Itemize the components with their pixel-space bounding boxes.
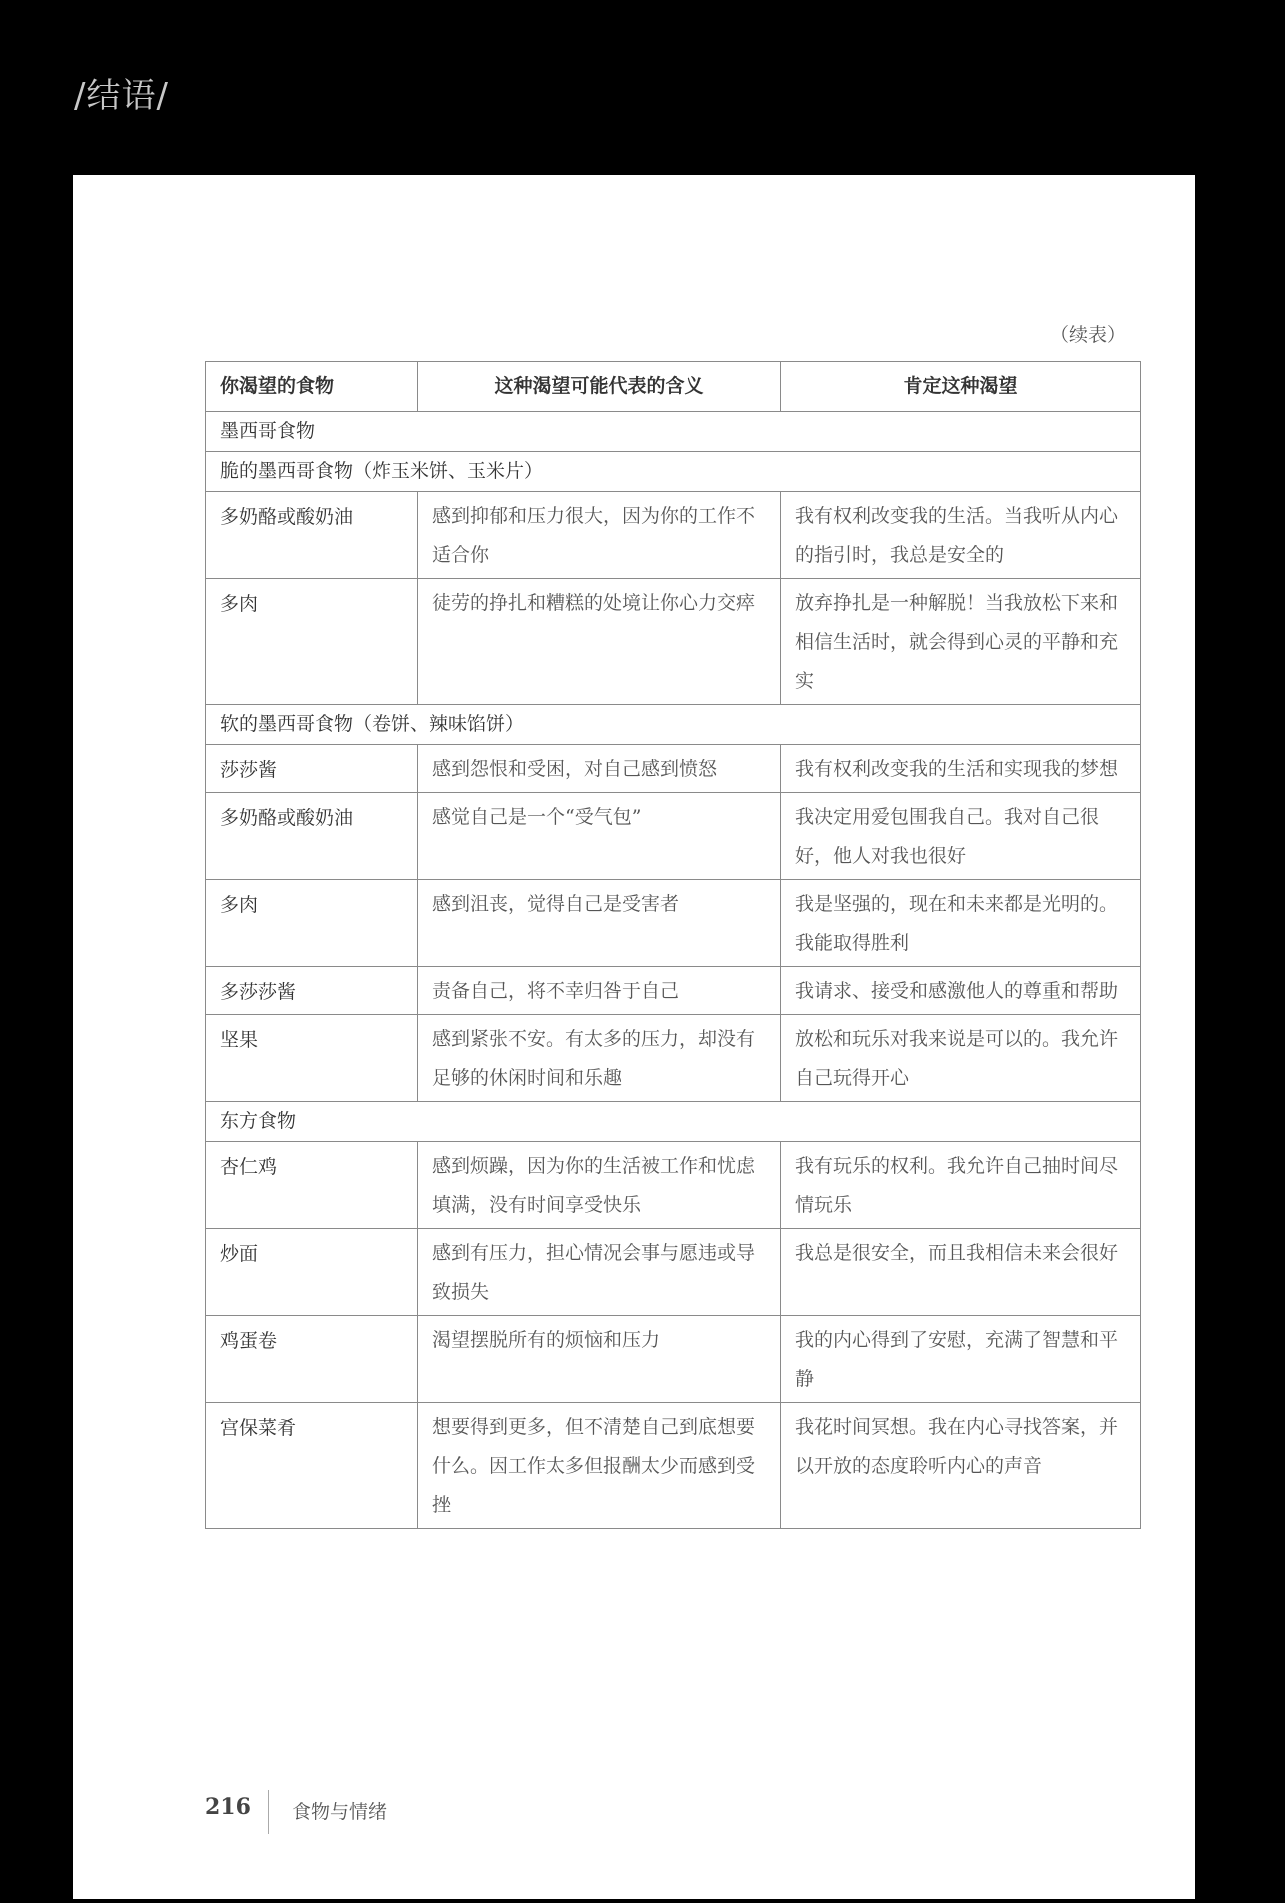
page-number: 216 [205,1794,251,1820]
table-row: 多奶酪或酸奶油 感觉自己是一个“受气包” 我决定用爱包围我自己。我对自己很好，他… [206,793,1141,880]
meaning-cell: 感到怨恨和受困，对自己感到愤怒 [418,745,781,793]
affirmation-cell: 放松和玩乐对我来说是可以的。我允许自己玩得开心 [781,1015,1141,1102]
food-cell: 炒面 [206,1229,418,1316]
affirmation-cell: 我有权利改变我的生活和实现我的梦想 [781,745,1141,793]
table-header-row: 你渴望的食物 这种渴望可能代表的含义 肯定这种渴望 [206,362,1141,412]
section-label: 墨西哥食物 [206,412,1141,452]
meaning-cell: 责备自己，将不幸归咎于自己 [418,967,781,1015]
meaning-cell: 感觉自己是一个“受气包” [418,793,781,880]
footer-divider [268,1790,269,1834]
table-row: 多肉 徒劳的挣扎和糟糕的处境让你心力交瘁 放弃挣扎是一种解脱！当我放松下来和相信… [206,579,1141,705]
table-row: 多莎莎酱 责备自己，将不幸归咎于自己 我请求、接受和感激他人的尊重和帮助 [206,967,1141,1015]
affirmation-cell: 我有玩乐的权利。我允许自己抽时间尽情玩乐 [781,1142,1141,1229]
affirmation-cell: 我总是很安全，而且我相信未来会很好 [781,1229,1141,1316]
food-craving-table: 你渴望的食物 这种渴望可能代表的含义 肯定这种渴望 墨西哥食物 脆的墨西哥食物（… [205,361,1141,1529]
affirmation-cell: 我的内心得到了安慰，充满了智慧和平静 [781,1316,1141,1403]
affirmation-cell: 放弃挣扎是一种解脱！当我放松下来和相信生活时，就会得到心灵的平静和充实 [781,579,1141,705]
section-row: 墨西哥食物 [206,412,1141,452]
table-row: 杏仁鸡 感到烦躁，因为你的生活被工作和忧虑填满，没有时间享受快乐 我有玩乐的权利… [206,1142,1141,1229]
food-cell: 宫保菜肴 [206,1403,418,1529]
food-cell: 杏仁鸡 [206,1142,418,1229]
affirmation-cell: 我是坚强的，现在和未来都是光明的。我能取得胜利 [781,880,1141,967]
food-cell: 鸡蛋卷 [206,1316,418,1403]
meaning-cell: 想要得到更多，但不清楚自己到底想要什么。因工作太多但报酬太少而感到受挫 [418,1403,781,1529]
table-row: 多奶酪或酸奶油 感到抑郁和压力很大，因为你的工作不适合你 我有权利改变我的生活。… [206,492,1141,579]
header-meaning: 这种渴望可能代表的含义 [418,362,781,412]
continued-table-label: （续表） [1050,320,1126,347]
chapter-header: /结语/ [74,68,169,117]
food-cell: 多奶酪或酸奶油 [206,793,418,880]
meaning-cell: 感到紧张不安。有太多的压力，却没有足够的休闲时间和乐趣 [418,1015,781,1102]
subsection-label: 脆的墨西哥食物（炸玉米饼、玉米片） [206,452,1141,492]
food-cell: 坚果 [206,1015,418,1102]
subsection-label: 软的墨西哥食物（卷饼、辣味馅饼） [206,705,1141,745]
meaning-cell: 感到抑郁和压力很大，因为你的工作不适合你 [418,492,781,579]
food-cell: 多奶酪或酸奶油 [206,492,418,579]
affirmation-cell: 我花时间冥想。我在内心寻找答案，并以开放的态度聆听内心的声音 [781,1403,1141,1529]
table-row: 鸡蛋卷 渴望摆脱所有的烦恼和压力 我的内心得到了安慰，充满了智慧和平静 [206,1316,1141,1403]
meaning-cell: 渴望摆脱所有的烦恼和压力 [418,1316,781,1403]
food-cell: 多莎莎酱 [206,967,418,1015]
affirmation-cell: 我决定用爱包围我自己。我对自己很好，他人对我也很好 [781,793,1141,880]
meaning-cell: 徒劳的挣扎和糟糕的处境让你心力交瘁 [418,579,781,705]
header-food: 你渴望的食物 [206,362,418,412]
subsection-row: 软的墨西哥食物（卷饼、辣味馅饼） [206,705,1141,745]
meaning-cell: 感到有压力，担心情况会事与愿违或导致损失 [418,1229,781,1316]
section-label: 东方食物 [206,1102,1141,1142]
book-title: 食物与情绪 [292,1797,387,1824]
table-row: 多肉 感到沮丧，觉得自己是受害者 我是坚强的，现在和未来都是光明的。我能取得胜利 [206,880,1141,967]
header-affirmation: 肯定这种渴望 [781,362,1141,412]
table-row: 莎莎酱 感到怨恨和受困，对自己感到愤怒 我有权利改变我的生活和实现我的梦想 [206,745,1141,793]
affirmation-cell: 我请求、接受和感激他人的尊重和帮助 [781,967,1141,1015]
subsection-row: 脆的墨西哥食物（炸玉米饼、玉米片） [206,452,1141,492]
section-row: 东方食物 [206,1102,1141,1142]
table-row: 炒面 感到有压力，担心情况会事与愿违或导致损失 我总是很安全，而且我相信未来会很… [206,1229,1141,1316]
affirmation-cell: 我有权利改变我的生活。当我听从内心的指引时，我总是安全的 [781,492,1141,579]
food-cell: 多肉 [206,880,418,967]
meaning-cell: 感到烦躁，因为你的生活被工作和忧虑填满，没有时间享受快乐 [418,1142,781,1229]
meaning-cell: 感到沮丧，觉得自己是受害者 [418,880,781,967]
table-row: 宫保菜肴 想要得到更多，但不清楚自己到底想要什么。因工作太多但报酬太少而感到受挫… [206,1403,1141,1529]
food-cell: 多肉 [206,579,418,705]
food-cell: 莎莎酱 [206,745,418,793]
table-row: 坚果 感到紧张不安。有太多的压力，却没有足够的休闲时间和乐趣 放松和玩乐对我来说… [206,1015,1141,1102]
